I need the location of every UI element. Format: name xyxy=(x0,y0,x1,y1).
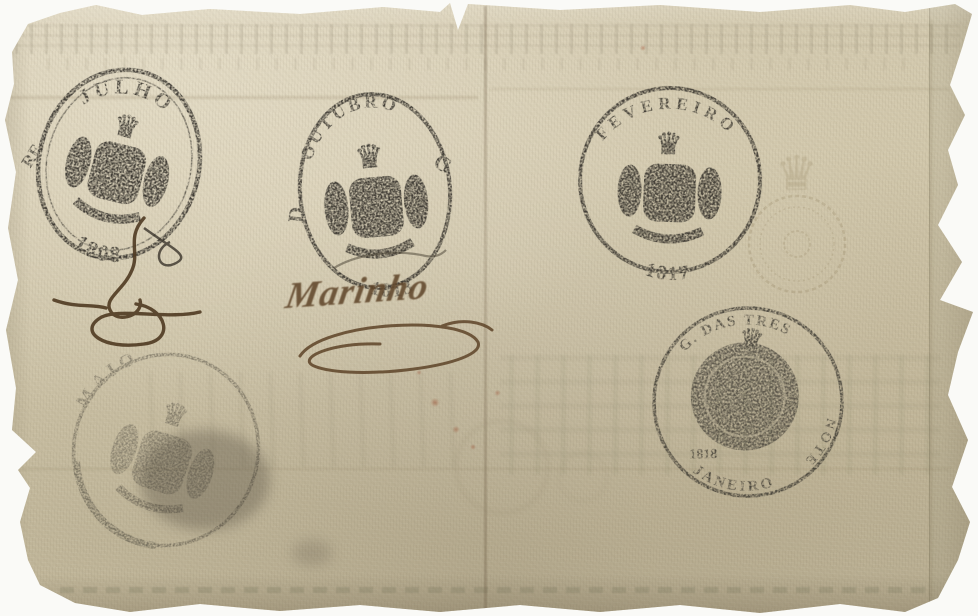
svg-text:OUTUBRO: OUTUBRO xyxy=(291,89,406,165)
stamp-shield xyxy=(128,427,195,498)
stamp-maio: ♛ MAIO xyxy=(66,348,266,553)
crown-icon: ♛ xyxy=(110,108,144,147)
signature-rubric xyxy=(48,212,218,362)
signature-upper-squiggle xyxy=(330,246,450,276)
signature-flourish xyxy=(292,316,502,386)
stamp-janeiro: ♛ G. DAS TRES NOTE JANEIRO 1818 xyxy=(645,297,850,507)
center-fold-line xyxy=(484,6,487,610)
stamp-month-label: OUTUBRO xyxy=(291,89,406,165)
watermark-ring xyxy=(455,420,549,514)
rust-stain xyxy=(430,398,440,407)
rust-stain xyxy=(470,444,476,450)
smudge xyxy=(292,540,332,566)
right-torn-flap xyxy=(929,0,978,616)
crown-icon: ♛ xyxy=(353,137,385,175)
stamp-year-label: 1817 xyxy=(643,258,694,285)
seal-center xyxy=(784,231,810,257)
rust-stain xyxy=(452,426,460,433)
stamp-shield xyxy=(348,175,405,239)
watermark-ring xyxy=(558,452,608,502)
stamp-shield xyxy=(643,163,697,223)
stamp-side-letter-right: G xyxy=(430,148,457,178)
rust-stain xyxy=(494,390,501,396)
stamp-year-label: 1818 xyxy=(689,447,717,462)
photo-canvas: ♛ ♛ xyxy=(0,0,978,616)
stamp-fevereiro: ♛ FEVEREIRO 1817 xyxy=(570,80,770,280)
svg-text:1817: 1817 xyxy=(643,258,694,285)
rust-stain xyxy=(640,45,646,51)
stamp-side-letter-left: D xyxy=(283,205,310,224)
bottom-border-dashes xyxy=(60,587,930,593)
stamp-shield xyxy=(85,138,149,207)
crown-icon: ♛ xyxy=(157,396,193,436)
seal-inner-ring xyxy=(760,207,834,281)
banknote: ♛ ♛ xyxy=(0,0,978,616)
crown-icon: ♛ xyxy=(655,127,683,161)
crown-icon: ♛ xyxy=(775,148,818,201)
